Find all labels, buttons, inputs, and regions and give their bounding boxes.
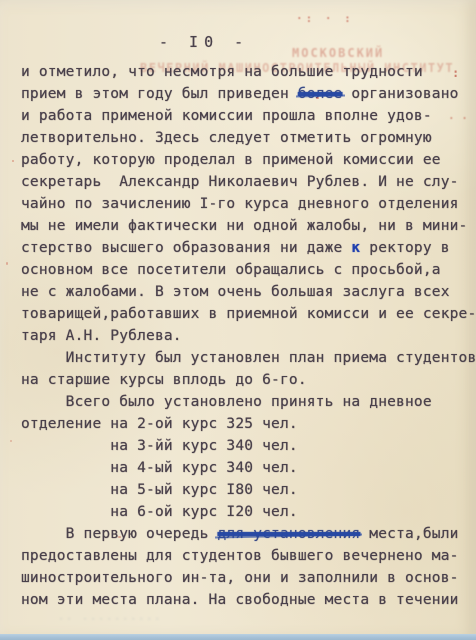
typewritten-line: основном все посетители обращались с про… bbox=[21, 259, 468, 281]
typewritten-line: работу, которую проделал в применой коми… bbox=[21, 149, 468, 171]
typed-text: летворительно. Здесь следует отметить ог… bbox=[21, 130, 432, 146]
typed-text: ректору в bbox=[360, 240, 449, 256]
typed-text: на старшие курсы вплодь до 6-го. bbox=[21, 372, 307, 388]
typed-text: и работа применой комиссии прошла вполне… bbox=[21, 108, 432, 124]
typewritten-line: на старшие курсы вплодь до 6-го. bbox=[21, 369, 468, 391]
typewritten-line: отделение на 2-ой курс 325 чел. bbox=[21, 413, 468, 435]
typewritten-line: на 6-ой курс I20 чел. bbox=[21, 501, 468, 523]
typewritten-line: Институту был установлен план приема сту… bbox=[21, 347, 468, 369]
typed-text: прием в этом году был приведен bbox=[21, 86, 298, 102]
typed-text: мы не имели фактически ни одной жалобы, … bbox=[21, 218, 468, 234]
typewritten-line: на 4-ый курс 340 чел. bbox=[21, 457, 468, 479]
typewritten-line: шиностроительного ин-та, они и заполнили… bbox=[21, 567, 468, 589]
typed-text: организовано bbox=[342, 86, 458, 102]
typewritten-line: чайно по зачислению I-го курса дневного … bbox=[21, 193, 468, 215]
typed-text: чайно по зачислению I-го курса дневного … bbox=[21, 196, 459, 212]
scanner-edge-strip bbox=[0, 634, 476, 640]
red-ink-speck bbox=[316, 97, 319, 99]
red-ink-speck bbox=[10, 440, 12, 442]
struck-out-text: более bbox=[298, 86, 343, 102]
bleed-through-mark: ·: · : bbox=[296, 12, 354, 25]
document-page: ·: · : МОСКОВСКИЙ ВЕЧЕРНИЙ МАШИНОСТРОИТЕ… bbox=[0, 0, 476, 640]
typed-text: на 5-ый курс I80 чел. bbox=[21, 482, 298, 498]
typed-text: секретарь Александр Николаевич Рублев. И… bbox=[21, 174, 459, 190]
red-ink-speck bbox=[12, 160, 14, 162]
typewritten-line: секретарь Александр Николаевич Рублев. И… bbox=[21, 171, 468, 193]
typewritten-line: и работа применой комиссии прошла вполне… bbox=[21, 105, 468, 127]
typewritten-line: на 3-йй курс 340 чел. bbox=[21, 435, 468, 457]
typed-text: на 6-ой курс I20 чел. bbox=[21, 504, 298, 520]
typed-text: Институту был установлен план приема сту… bbox=[21, 350, 476, 366]
struck-out-text: для установления bbox=[217, 526, 360, 542]
typed-text: и отметило, что несмотря на большие труд… bbox=[21, 64, 423, 80]
typed-text: основном все посетители обращались с про… bbox=[21, 262, 441, 278]
typed-text: места,были bbox=[360, 526, 458, 542]
typewritten-line: мы не имели фактически ни одной жалобы, … bbox=[21, 215, 468, 237]
text-block: и отметило, что несмотря на большие труд… bbox=[21, 61, 468, 611]
typewritten-line: не с жалобами. В этом очень большая засл… bbox=[21, 281, 468, 303]
typed-text: отделение на 2-ой курс 325 чел. bbox=[21, 416, 298, 432]
typewritten-line: на 5-ый курс I80 чел. bbox=[21, 479, 468, 501]
typewritten-line: стерство высшего образования ни даже к р… bbox=[21, 237, 468, 259]
pen-correction: к bbox=[351, 240, 360, 256]
typewritten-line: В первую очередь для установления места,… bbox=[21, 523, 468, 545]
typewritten-line: Всего было установлено принять на дневно… bbox=[21, 391, 468, 413]
red-ink-speck bbox=[118, 536, 121, 538]
typed-text: товарищей,работавших в приемной комисси … bbox=[21, 306, 476, 322]
typewritten-line: предоставлены для студентов бывшего вече… bbox=[21, 545, 468, 567]
typewritten-line: летворительно. Здесь следует отметить ог… bbox=[21, 127, 468, 149]
typed-text: не с жалобами. В этом очень большая засл… bbox=[21, 284, 450, 300]
typed-text: шиностроительного ин-та, они и заполнили… bbox=[21, 570, 459, 586]
typed-text: на 4-ый курс 340 чел. bbox=[21, 460, 298, 476]
typed-text: ном эти места плана. На свободные места … bbox=[21, 592, 459, 608]
faint-smudge: ·· ·········· bbox=[58, 614, 162, 625]
typed-text: работу, которую проделал в применой коми… bbox=[21, 152, 441, 168]
red-ink-speck bbox=[6, 262, 8, 265]
typewritten-line: таря А.Н. Рублева. bbox=[21, 325, 468, 347]
bleed-through-line-1: МОСКОВСКИЙ bbox=[292, 46, 384, 60]
typed-text: таря А.Н. Рублева. bbox=[21, 328, 182, 344]
typed-text: Всего было установлено принять на дневно… bbox=[21, 394, 432, 410]
typed-text: стерство высшего образования ни даже bbox=[21, 240, 351, 256]
typewritten-line: ном эти места плана. На свободные места … bbox=[21, 589, 468, 611]
typed-text: предоставлены для студентов бывшего вече… bbox=[21, 548, 459, 564]
typewritten-line: товарищей,работавших в приемной комисси … bbox=[21, 303, 468, 325]
typed-text: В первую очередь bbox=[21, 526, 217, 542]
typed-text: на 3-йй курс 340 чел. bbox=[21, 438, 298, 454]
typewritten-line: и отметило, что несмотря на большие труд… bbox=[21, 61, 468, 83]
typewritten-line: прием в этом году был приведен более орг… bbox=[21, 83, 468, 105]
page-number: - I0 - bbox=[159, 33, 249, 51]
